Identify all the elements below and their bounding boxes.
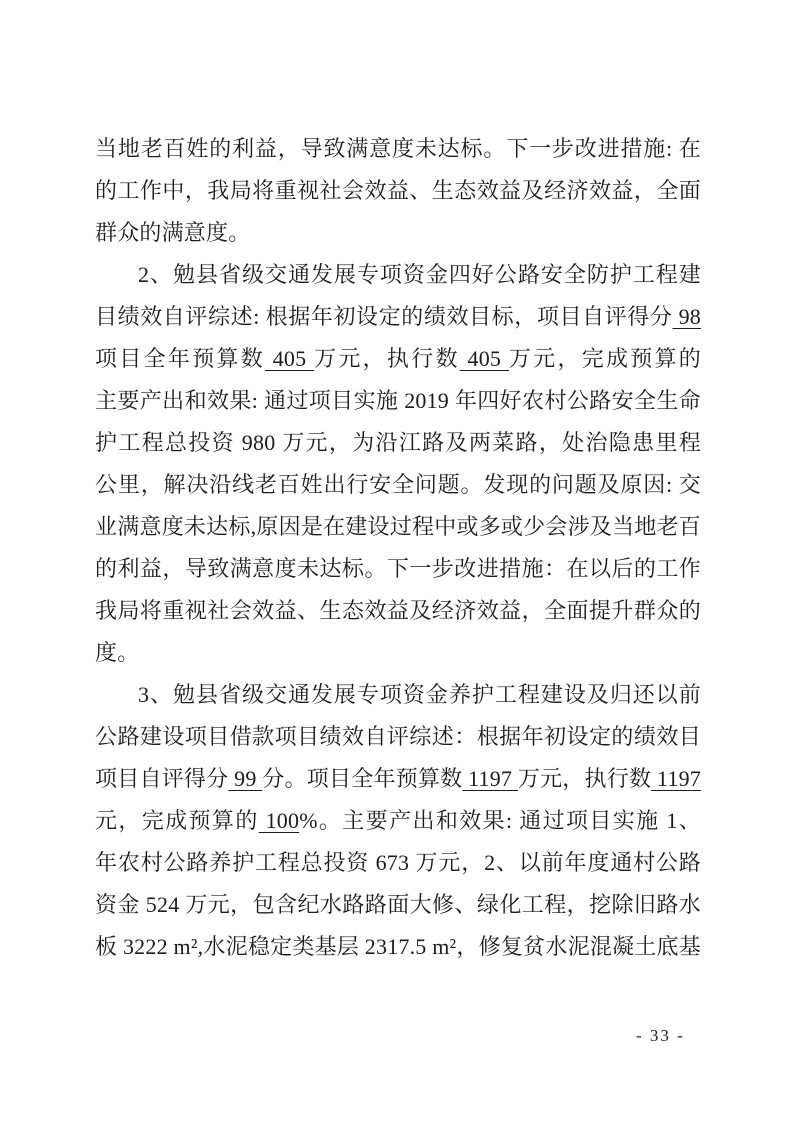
underlined-value: 1197 (462, 766, 517, 791)
underlined-value: 98 (673, 304, 702, 329)
text-line: 我局将重视社会效益、生态效益及经济效益，全面提升群众的满意 (95, 590, 701, 632)
underlined-value: 99 (228, 766, 262, 791)
text-run: 项目自评得分 (95, 766, 228, 791)
underlined-value: 405 (460, 346, 509, 371)
text-line: 3、勉县省级交通发展专项资金养护工程建设及归还以前通村 (95, 674, 701, 716)
text-line: 年农村公路养护工程总投资 673 万元，2、以前年度通村公路建设 (95, 842, 701, 884)
text-run: 分。项目全年预算数 (262, 766, 462, 791)
page-number: - 33 - (636, 1025, 685, 1047)
text-line: 主要产出和效果: 通过项目实施 2019 年四好农村公路安全生命防 (95, 380, 701, 422)
text-run: 2、勉县省级交通发展专项资金四好公路安全防护工程建设项 (95, 262, 701, 296)
text-line: 目绩效自评综述: 根据年初设定的绩效目标，项目自评得分 98 分。 (95, 296, 701, 338)
text-line: 公路建设项目借款项目绩效自评综述：根据年初设定的绩效目标， (95, 716, 701, 758)
text-line: 群众的满意度。 (95, 212, 701, 254)
text-run: 的利益，导致满意度未达标。下一步改进措施：在以后的工作中， (95, 556, 701, 590)
underlined-value: 405 (265, 346, 314, 371)
document-page: 当地老百姓的利益，导致满意度未达标。下一步改进措施: 在以后 的工作中，我局将重… (0, 0, 793, 1122)
text-run: 业满意度未达标,原因是在建设过程中或多或少会涉及当地老百姓 (95, 514, 701, 548)
text-run: 年农村公路养护工程总投资 673 万元，2、以前年度通村公路建设 (95, 850, 701, 884)
text-run: 的工作中，我局将重视社会效益、生态效益及经济效益，全面提升 (95, 178, 701, 212)
underlined-value: 100 (259, 808, 300, 833)
text-run: 度。 (95, 640, 139, 665)
text-run: 万元，执行数 (518, 766, 651, 791)
text-line: 项目全年预算数 405 万元，执行数 405 万元，完成预算的 100%。 (95, 338, 701, 380)
text-run: 公里，解决沿线老百姓出行安全问题。发现的问题及原因: 交通行 (95, 472, 701, 506)
underlined-value: 1197 (651, 766, 701, 791)
text-run: 我局将重视社会效益、生态效益及经济效益，全面提升群众的满意 (95, 598, 701, 632)
text-run: 护工程总投资 980 万元，为沿江路及两菜路，处治隐患里程 45.3 (95, 430, 701, 464)
text-line: 资金 524 万元，包含纪水路路面大修、绿化工程，挖除旧路水泥面 (95, 884, 701, 926)
text-run: 元，完成预算的 (95, 808, 259, 833)
text-run: 3、勉县省级交通发展专项资金养护工程建设及归还以前通村 (95, 682, 701, 716)
text-line: 板 3222 m²,水泥稳定类基层 2317.5 m²，修复贫水泥混凝土底基层 (95, 926, 701, 968)
text-line: 当地老百姓的利益，导致满意度未达标。下一步改进措施: 在以后 (95, 128, 701, 170)
text-line: 2、勉县省级交通发展专项资金四好公路安全防护工程建设项 (95, 254, 701, 296)
text-run: 项目全年预算数 (95, 346, 265, 371)
text-line: 度。 (95, 632, 701, 674)
text-line: 的利益，导致满意度未达标。下一步改进措施：在以后的工作中， (95, 548, 701, 590)
text-run: 万元，执行数 (314, 346, 460, 371)
text-run: 万元，完成预算的 (509, 346, 701, 371)
text-run: 群众的满意度。 (95, 220, 250, 245)
text-line: 护工程总投资 980 万元，为沿江路及两菜路，处治隐患里程 45.3 (95, 422, 701, 464)
text-line: 业满意度未达标,原因是在建设过程中或多或少会涉及当地老百姓 (95, 506, 701, 548)
text-line: 公里，解决沿线老百姓出行安全问题。发现的问题及原因: 交通行 (95, 464, 701, 506)
text-run: 目绩效自评综述: 根据年初设定的绩效目标，项目自评得分 (95, 304, 673, 329)
text-run: 主要产出和效果: 通过项目实施 2019 年四好农村公路安全生命防 (95, 388, 701, 422)
text-run: 板 3222 m²,水泥稳定类基层 2317.5 m²，修复贫水泥混凝土底基层 (95, 934, 701, 968)
text-run: 公路建设项目借款项目绩效自评综述：根据年初设定的绩效目标， (95, 724, 701, 758)
text-run: 当地老百姓的利益，导致满意度未达标。下一步改进措施: 在以后 (95, 136, 701, 170)
text-line: 项目自评得分 99 分。项目全年预算数 1197 万元，执行数 1197 万 (95, 758, 701, 800)
text-line: 元，完成预算的 100%。主要产出和效果: 通过项目实施 1、2019 (95, 800, 701, 842)
text-line: 的工作中，我局将重视社会效益、生态效益及经济效益，全面提升 (95, 170, 701, 212)
text-run: 资金 524 万元，包含纪水路路面大修、绿化工程，挖除旧路水泥面 (95, 892, 701, 926)
text-block: 当地老百姓的利益，导致满意度未达标。下一步改进措施: 在以后 的工作中，我局将重… (95, 128, 701, 968)
